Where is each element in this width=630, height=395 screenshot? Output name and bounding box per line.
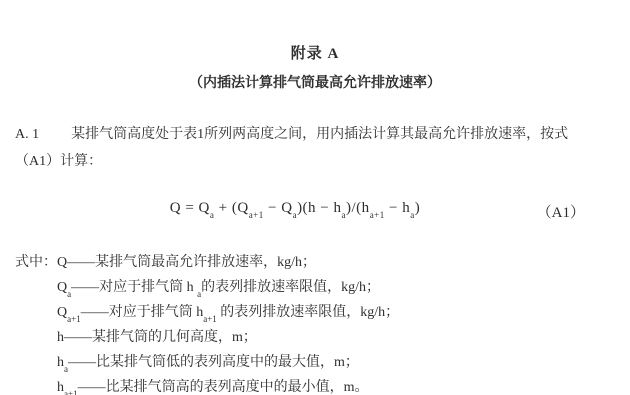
definition-line-h: h——某排气筒的几何高度，m；: [57, 325, 620, 350]
definition-text: 的表列排放速率限值，kg/h；: [201, 280, 380, 295]
formula-segment: − Q: [264, 200, 293, 216]
definition-text: h——某排气筒的几何高度，m；: [57, 330, 257, 345]
appendix-subtitle: （内插法计算排气筒最高允许排放速率）: [0, 72, 630, 92]
appendix-title: 附录 A: [0, 0, 630, 63]
formula-subscript: a+1: [370, 210, 385, 220]
definition-line-q: 式中：Q——某排气筒最高允许排放速率，kg/h；: [57, 250, 620, 275]
clause-text-line2: （A1）计算：: [15, 154, 102, 169]
where-label: 式中：: [15, 250, 57, 275]
equation-number: （A1）: [537, 201, 585, 222]
definition-line-ha: ha——比某排气筒低的表列高度中的最大值，m；: [57, 350, 620, 375]
definition-subscript: a+1: [64, 389, 78, 395]
clause-a1: A. 1某排气筒高度处于表1所列两高度之间，用内插法计算其最高允许排放速率，按式…: [15, 121, 612, 175]
definition-text: ——对应于排气筒 h: [81, 305, 204, 320]
formula-segment: )/(h: [346, 200, 370, 216]
definition-line-ha1: ha+1——比某排气筒高的表列高度中的最小值，m。: [57, 375, 620, 395]
formula-segment: )(h − h: [297, 200, 341, 216]
equation-row: Q = Qa + (Qa+1 − Qa)(h − ha)/(ha+1 − ha)…: [0, 200, 630, 226]
definition-text: ——比某排气筒高的表列高度中的最小值，m。: [78, 380, 369, 395]
definition-subscript: a+1: [67, 314, 81, 324]
formula-segment: ): [415, 200, 421, 216]
definition-line-qa1: Qa+1——对应于排气筒 ha+1 的表列排放速率限值，kg/h；: [57, 300, 620, 325]
definition-text: ——对应于排气筒 h: [71, 280, 197, 295]
document-page: 附录 A （内插法计算排气筒最高允许排放速率） A. 1某排气筒高度处于表1所列…: [0, 0, 630, 395]
definition-subscript: a+1: [203, 314, 217, 324]
definition-line-qa: Qa——对应于排气筒 h a的表列排放速率限值，kg/h；: [57, 275, 620, 300]
formula-segment: Q = Q: [170, 200, 210, 216]
definition-subscript: a: [197, 289, 201, 299]
equation-a1: Q = Qa + (Qa+1 − Qa)(h − ha)/(ha+1 − ha): [0, 200, 590, 217]
formula-subscript: a: [342, 210, 347, 220]
formula-subscript: a+1: [249, 210, 264, 220]
definitions-list: 式中：Q——某排气筒最高允许排放速率，kg/h； Qa——对应于排气筒 h a的…: [15, 250, 620, 395]
definition-text: Q——某排气筒最高允许排放速率，kg/h；: [57, 255, 316, 270]
definition-text: Q: [57, 305, 67, 320]
clause-text-line1: 某排气筒高度处于表1所列两高度之间，用内插法计算其最高允许排放速率，按式: [71, 127, 568, 142]
formula-subscript: a: [293, 210, 298, 220]
formula-subscript: a: [410, 210, 415, 220]
definition-text: h: [57, 380, 64, 395]
formula-subscript: a: [210, 210, 215, 220]
definition-text: h: [57, 355, 64, 370]
definition-subscript: a: [64, 364, 68, 374]
definition-subscript: a: [67, 289, 71, 299]
formula-segment: + (Q: [214, 200, 248, 216]
clause-number: A. 1: [15, 121, 39, 148]
definition-text: 的表列排放速率限值，kg/h；: [217, 305, 399, 320]
definition-text: Q: [57, 280, 67, 295]
definition-text: ——比某排气筒低的表列高度中的最大值，m；: [68, 355, 359, 370]
formula-segment: − h: [385, 200, 410, 216]
